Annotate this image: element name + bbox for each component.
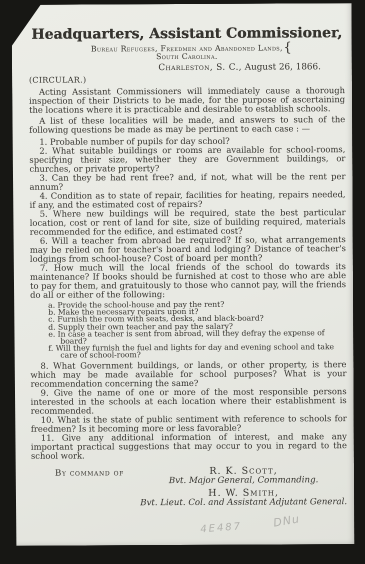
question-item: 8. What Government buildings, or lands, … <box>30 360 346 389</box>
pencil-annotation: DNu <box>272 512 300 529</box>
question-item: 7. How much will the local friends of th… <box>30 262 346 300</box>
signature-title: Bvt. Major General, Commanding. <box>126 476 361 486</box>
document-content: Headquarters, Assistant Commissioner, Bu… <box>29 22 348 521</box>
dateline-date: August 26, 1866. <box>242 62 321 72</box>
signature-title: Bvt. Lieut. Col. and Assistant Adjutant … <box>126 498 361 508</box>
bureau-brace-glyph: { <box>283 44 291 52</box>
subquestion-item: f. Will they furnish the fuel and lights… <box>30 343 346 359</box>
question-item: 2. What suitable buildings or rooms are … <box>29 145 345 174</box>
bureau-line-2: South Carolina. <box>91 52 283 61</box>
circular-label: (CIRCULAR.) <box>29 74 345 85</box>
document-title: Headquarters, Assistant Commissioner, <box>29 25 345 43</box>
by-command-label: By command of <box>55 469 124 478</box>
bureau-lines: Bureau Refugees, Freedmen and Abandoned … <box>91 44 283 61</box>
question-item: 5. Where new buildings will be required,… <box>30 208 346 237</box>
signature-scott: R. K. Scott, Bvt. Major General, Command… <box>126 466 361 487</box>
dateline-place: Charleston, S. C., <box>158 63 242 73</box>
question-item: 9. Give the name of one or more of the m… <box>31 387 347 416</box>
subquestion-list: a. Provide the school-house and pay the … <box>30 300 346 359</box>
signature-smith: H. W. Smith, Bvt. Lieut. Col. and Assist… <box>126 488 361 509</box>
dateline: Charleston, S. C., August 26, 1866. <box>29 63 345 74</box>
pencil-annotation: 4E487 <box>200 521 242 535</box>
document-page: Headquarters, Assistant Commissioner, Bu… <box>12 3 355 546</box>
question-item: 11. Give any additional information of i… <box>31 432 347 461</box>
signatures: R. K. Scott, Bvt. Major General, Command… <box>126 466 361 509</box>
paragraph: A list of these localities will be made,… <box>29 115 345 135</box>
paragraph: Acting Assistant Commissioners will imme… <box>29 86 345 115</box>
bureau-heading: Bureau Refugees, Freedmen and Abandoned … <box>29 44 345 62</box>
question-item: 6. Will a teacher from abroad be require… <box>30 235 346 264</box>
signature-area: By command of R. K. Scott, Bvt. Major Ge… <box>31 466 347 522</box>
